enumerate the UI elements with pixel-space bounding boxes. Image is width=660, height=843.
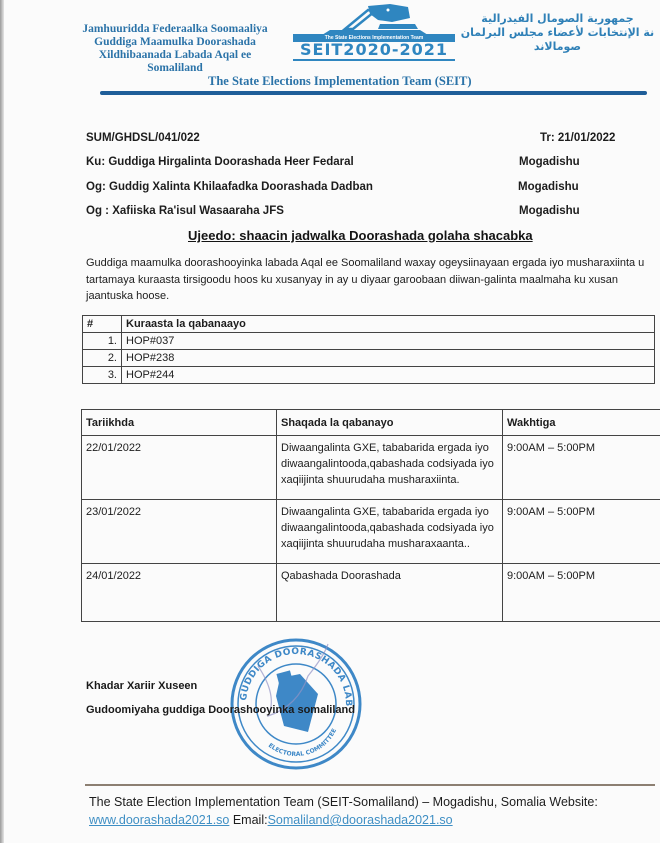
table-header-row: # Kuraasta la qabanaayo	[83, 316, 655, 333]
recipient-city: Mogadishu	[519, 205, 580, 217]
recipient-line: Og : Xafiiska Ra'isul Wasaaraha JFS	[86, 205, 284, 217]
table-header-cell: #	[83, 316, 122, 333]
table-header-cell: Wakhtiga	[503, 410, 660, 436]
row-number: 2.	[83, 350, 122, 367]
footer-address: The State Election Implementation Team (…	[89, 795, 598, 809]
signatory-title: Gudoomiyaha guddiga Doorashooyinka somal…	[86, 704, 355, 716]
schedule-time: 9:00AM – 5:00PM	[503, 500, 660, 564]
schedule-date: 23/01/2022	[82, 500, 277, 564]
table-row: 3. HOP#244	[83, 367, 655, 384]
schedule-date: 24/01/2022	[82, 564, 277, 622]
header-left-line: Jamhuuridda Federaalka Soomaaliya	[60, 23, 290, 36]
schedule-date: 22/01/2022	[82, 436, 277, 500]
signatory-name: Khadar Xariir Xuseen	[86, 680, 197, 692]
email-label: Email:	[229, 813, 267, 827]
table-header-row: Tariikhda Shaqada la qabanayo Wakhtiga	[82, 410, 660, 436]
recipient-city: Mogadishu	[518, 181, 579, 193]
seat-code: HOP#238	[122, 350, 655, 367]
ballot-box-icon	[290, 2, 460, 36]
row-number: 3.	[83, 367, 122, 384]
schedule-time: 9:00AM – 5:00PM	[503, 436, 660, 500]
organization-title: The State Elections Implementation Team …	[208, 74, 472, 89]
row-number: 1.	[83, 333, 122, 350]
recipient-city: Mogadishu	[519, 156, 580, 168]
table-header-cell: Kuraasta la qabanaayo	[122, 316, 655, 333]
table-header-cell: Tariikhda	[82, 410, 277, 436]
reference-number: SUM/GHDSL/041/022	[86, 132, 200, 144]
seat-code: HOP#244	[122, 367, 655, 384]
recipient-line: Ku: Guddiga Hirgalinta Doorashada Heer F…	[86, 156, 354, 168]
header-divider	[100, 91, 647, 95]
header-left-line: Xildhibaanada Labada Aqal ee	[60, 49, 290, 62]
table-header-cell: Shaqada la qabanayo	[277, 410, 503, 436]
header-right-line: نة الإنتخابات لأعضاء مجلس البرلمان	[455, 26, 660, 40]
seat-code: HOP#037	[122, 333, 655, 350]
schedule-time: 9:00AM – 5:00PM	[503, 564, 660, 622]
letter-subject: Ujeedo: shaacin jadwalka Doorashada gola…	[188, 228, 533, 243]
logo-wordmark: SEIT2020-2021	[293, 41, 455, 61]
letter-date: Tr: 21/01/2022	[540, 132, 615, 144]
table-row: 22/01/2022 Diwaangalinta GXE, tababarida…	[82, 436, 660, 500]
schedule-activity: Diwaangalinta GXE, tababarida ergada iyo…	[277, 500, 503, 564]
seats-table: # Kuraasta la qabanaayo 1. HOP#037 2. HO…	[82, 315, 655, 384]
seit-logo: The State Elections Implementation Team …	[290, 2, 460, 64]
website-link[interactable]: www.doorashada2021.so	[89, 813, 229, 827]
schedule-table: Tariikhda Shaqada la qabanayo Wakhtiga 2…	[81, 409, 660, 622]
table-row: 24/01/2022 Qabashada Doorashada 9:00AM –…	[82, 564, 660, 622]
recipient-line: Og: Guddig Xalinta Khilaafadka Doorashad…	[86, 181, 373, 193]
header-right-line: جمهورية الصومال الفيدرالية	[455, 12, 660, 26]
schedule-activity: Qabashada Doorashada	[277, 564, 503, 622]
header-right-line: صومالاند	[455, 40, 660, 54]
table-row: 23/01/2022 Diwaangalinta GXE, tababarida…	[82, 500, 660, 564]
email-link[interactable]: Somaliland@doorashada2021.so	[268, 813, 453, 827]
letter-body: Guddiga maamulka doorashooyinka labada A…	[86, 255, 656, 305]
page-edge-shadow	[0, 0, 4, 843]
header-arabic-block: جمهورية الصومال الفيدرالية نة الإنتخابات…	[455, 12, 660, 54]
header-somali-block: Jamhuuridda Federaalka Soomaaliya Guddig…	[60, 23, 290, 75]
footer-divider	[85, 784, 655, 786]
footer-contact: www.doorashada2021.so Email:Somaliland@d…	[89, 813, 453, 827]
table-row: 2. HOP#238	[83, 350, 655, 367]
table-row: 1. HOP#037	[83, 333, 655, 350]
header-left-line: Guddiga Maamulka Doorashada	[60, 36, 290, 49]
schedule-activity: Diwaangalinta GXE, tababarida ergada iyo…	[277, 436, 503, 500]
